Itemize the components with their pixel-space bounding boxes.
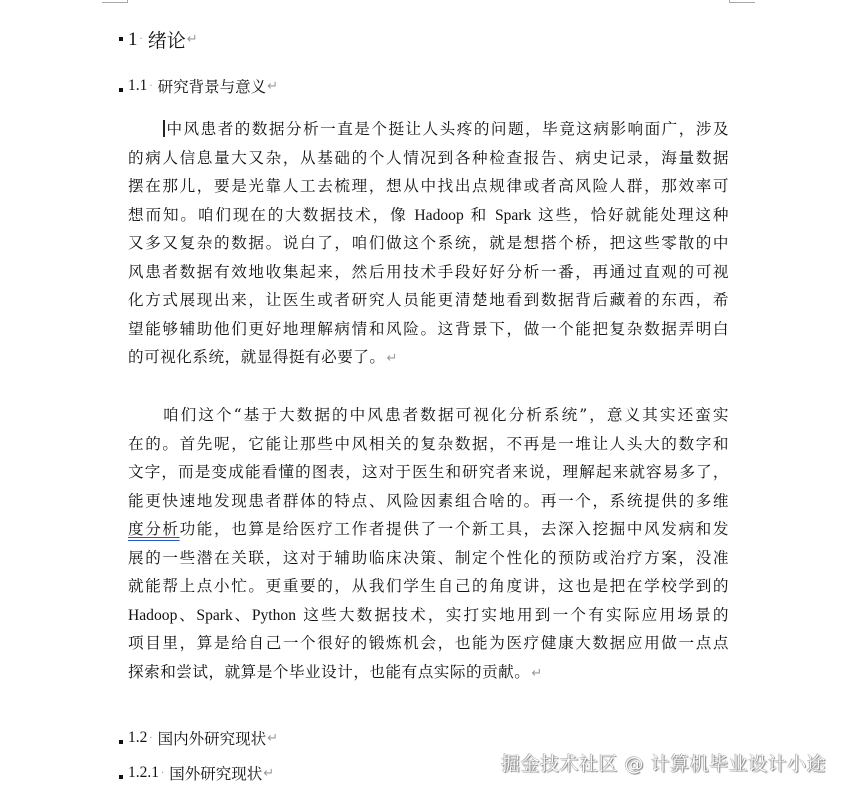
heading-title: 国外研究现状	[169, 762, 262, 784]
text-line: 的可视化系统，就显得挺有必要了。↵	[128, 343, 729, 372]
paragraph-mark-icon: ↵	[267, 79, 278, 94]
text-line: 望能够辅助他们更好地理解病情和风险。这背景下，做一个能把复杂数据弄明白	[128, 315, 729, 344]
space-mark: ·	[140, 34, 143, 45]
text-line: 度分析功能，也算是给医疗工作者提供了一个新工具，去深入挖掘中风发病和发	[128, 515, 729, 544]
text-cursor	[163, 120, 165, 137]
text-line: 能更快速地发现患者群体的特点、风险因素组合啥的。再一个，系统提供的多维	[128, 487, 729, 516]
paragraph-mark-icon: ↵	[531, 666, 542, 681]
text-line: 咱们这个“基于大数据的中风患者数据可视化分析系统”，意义其实还蛮实	[128, 401, 729, 430]
space-mark: ·	[161, 768, 164, 779]
heading-number: 1	[128, 29, 138, 51]
text-line: 化方式展现出来，让医生或者研究人员能更清楚地看到数据背后藏着的东西，希	[128, 286, 729, 315]
paragraph-mark-icon: ↵	[187, 32, 198, 47]
heading-title: 国内外研究现状	[158, 727, 267, 749]
text-line: 就能帮上点小忙。更重要的，从我们学生自己的角度讲，这也是把在学校学到的	[128, 572, 729, 601]
heading-number: 1.1	[128, 77, 147, 95]
heading-marker-icon	[119, 740, 123, 744]
text-line: 项目里，算是给自己一个很好的锻炼机会，也能为医疗健康大数据应用做一点点	[128, 629, 729, 658]
heading-marker-icon	[119, 88, 123, 92]
paragraph-background[interactable]: 中风患者的数据分析一直是个挺让人头疼的问题，毕竟这病影响面广，涉及 的病人信息量…	[128, 115, 729, 372]
text-line: Hadoop、Spark、Python 这些大数据技术，实打实地用到一个有实际应…	[128, 601, 729, 630]
text-line: 又多又复杂的数据。说白了，咱们做这个系统，就是想搭个桥，把这些零散的中	[128, 229, 729, 258]
text-line: 风患者数据有效地收集起来，然后用技术手段好好分析一番，再通过直观的可视	[128, 258, 729, 287]
heading-1-2-1-foreign-research[interactable]: 1.2.1 · 国外研究现状 ↵	[119, 762, 274, 784]
text-line: 的病人信息量大又杂，从基础的个人情况到各种检查报告、病史记录，海量数据	[128, 144, 729, 173]
heading-marker-icon	[119, 775, 123, 779]
text-line: 展的一些潜在关联，这对于辅助临床决策、制定个性化的预防或治疗方案，没准	[128, 544, 729, 573]
heading-1-1-background[interactable]: 1.1 · 研究背景与意义 ↵	[119, 75, 278, 97]
heading-1-intro[interactable]: 1 · 绪论 ↵	[119, 26, 198, 53]
watermark: 掘金技术社区 @ 计算机毕业设计小途	[501, 749, 826, 776]
page-corner-mark-left	[102, 0, 128, 3]
text-line: 想而知。咱们现在的大数据技术，像 Hadoop 和 Spark 这些，恰好就能处…	[128, 201, 729, 230]
text-line: 在的。首先呢，它能让那些中风相关的复杂数据，不再是一堆让人头大的数字和	[128, 430, 729, 459]
heading-number: 1.2.1	[128, 764, 159, 782]
heading-number: 1.2	[128, 729, 147, 747]
space-mark: ·	[149, 81, 152, 92]
paragraph-mark-icon: ↵	[267, 731, 278, 746]
space-mark: ·	[149, 733, 152, 744]
text-line: 文字，而是变成能看懂的图表，这对于医生和研究者来说，理解起来就容易多了，	[128, 458, 729, 487]
heading-marker-icon	[119, 37, 123, 41]
heading-title: 绪论	[148, 26, 186, 53]
paragraph-significance[interactable]: 咱们这个“基于大数据的中风患者数据可视化分析系统”，意义其实还蛮实 在的。首先呢…	[128, 401, 729, 686]
paragraph-mark-icon: ↵	[387, 351, 398, 366]
spellcheck-underline[interactable]: 度分析	[128, 520, 180, 538]
paragraph-mark-icon: ↵	[263, 766, 274, 781]
text-line: 摆在那儿，要是光靠人工去梳理，想从中找出点规律或者高风险人群，那效率可	[128, 172, 729, 201]
heading-1-2-research-status[interactable]: 1.2 · 国内外研究现状 ↵	[119, 727, 278, 749]
text-line: 探索和尝试，就算是个毕业设计，也能有点实际的贡献。↵	[128, 658, 729, 687]
heading-title: 研究背景与意义	[158, 75, 267, 97]
page-corner-mark-right	[729, 0, 755, 3]
text-line: 中风患者的数据分析一直是个挺让人头疼的问题，毕竟这病影响面广，涉及	[128, 115, 729, 144]
